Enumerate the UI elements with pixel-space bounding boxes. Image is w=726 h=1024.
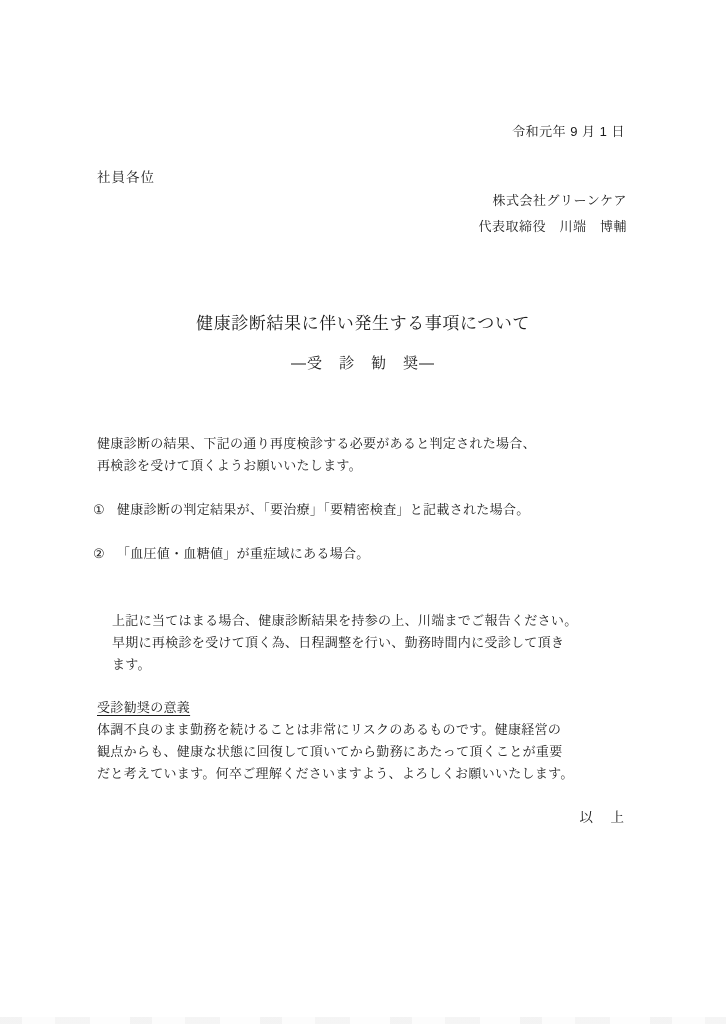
list-item-2-text: 「血圧値・血糖値」が重症域にある場合。 <box>117 543 370 562</box>
list-item-2: ② 「血圧値・血糖値」が重症域にある場合。 <box>93 543 370 562</box>
document-page: 令和元年 9 月 1 日 社員各位 株式会社グリーンケア 代表取締役 川端 博輔… <box>0 0 726 1024</box>
significance-line-3: だと考えています。何卒ご理解くださいますよう、よろしくお願いいたします。 <box>97 763 574 785</box>
significance-heading: 受診勧奨の意義 <box>97 697 190 716</box>
significance-line-2: 観点からも、健康な状態に回復して頂いてから勤務にあたって頂くことが重要 <box>97 741 574 763</box>
sender-representative: 代表取締役 川端 博輔 <box>478 214 627 240</box>
instruction-line-3: ます。 <box>112 654 578 676</box>
instruction-line-2: 早期に再検診を受けて頂く為、日程調整を行い、勤務時間内に受診して頂き <box>112 632 578 654</box>
instruction-paragraph: 上記に当てはまる場合、健康診断結果を持参の上、川端までご報告ください。 早期に再… <box>112 610 578 676</box>
closing-line: 以 上 <box>580 806 627 826</box>
significance-paragraph: 体調不良のまま勤務を続けることは非常にリスクのあるものです。健康経営の 観点から… <box>97 719 574 785</box>
instruction-line-1: 上記に当てはまる場合、健康診断結果を持参の上、川端までご報告ください。 <box>112 610 578 632</box>
intro-paragraph: 健康診断の結果、下記の通り再度検診する必要があると判定された場合、 再検診を受け… <box>97 433 536 477</box>
sender-block: 株式会社グリーンケア 代表取締役 川端 博輔 <box>478 188 627 240</box>
document-subtitle: ―受 診 勧 奨― <box>0 352 726 373</box>
document-date: 令和元年 9 月 1 日 <box>512 121 625 140</box>
document-title: 健康診断結果に伴い発生する事項について <box>0 309 726 334</box>
list-item-1: ① 健康診断の判定結果が、「要治療」「要精密検査」と記載された場合。 <box>93 499 530 518</box>
intro-line-2: 再検診を受けて頂くようお願いいたします。 <box>97 455 536 477</box>
sender-company: 株式会社グリーンケア <box>478 188 627 214</box>
significance-line-1: 体調不良のまま勤務を続けることは非常にリスクのあるものです。健康経営の <box>97 719 574 741</box>
list-item-1-number: ① <box>93 502 105 518</box>
page-bottom-scan-artifact <box>0 1017 726 1024</box>
list-item-2-number: ② <box>93 546 105 562</box>
list-item-1-text: 健康診断の判定結果が、「要治療」「要精密検査」と記載された場合。 <box>117 499 530 518</box>
intro-line-1: 健康診断の結果、下記の通り再度検診する必要があると判定された場合、 <box>97 433 536 455</box>
recipient-line: 社員各位 <box>97 166 155 186</box>
